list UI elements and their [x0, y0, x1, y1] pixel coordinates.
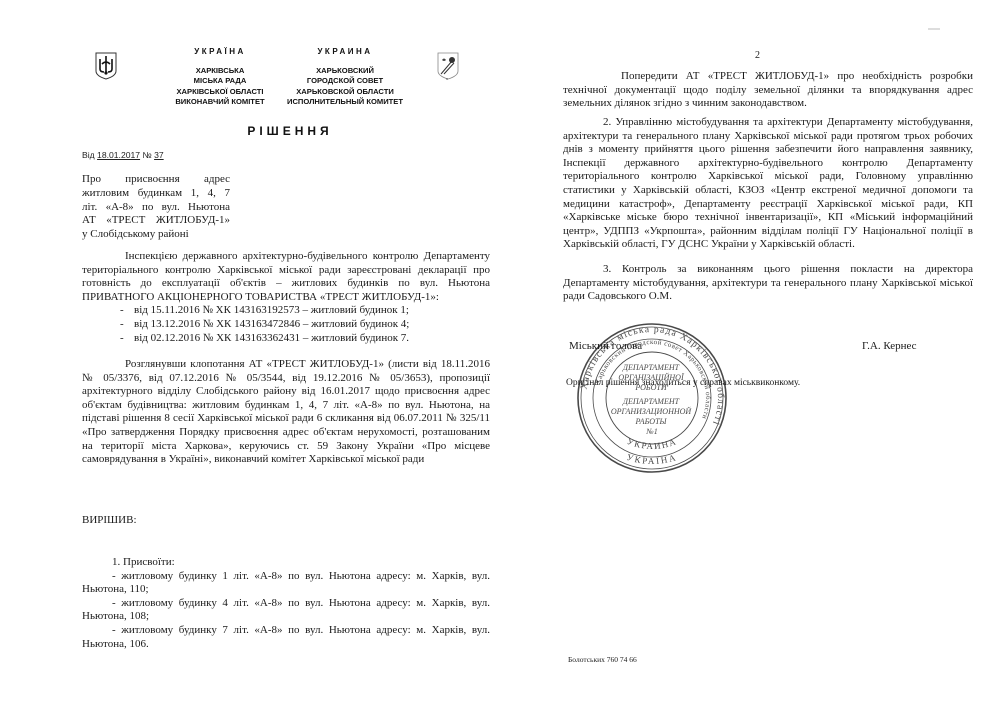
header-russian: УКРАИНА ХАРЬКОВСКИЙ ГОРОДСКОЙ СОВЕТ ХАРЬ…: [280, 47, 410, 107]
declaration-item: -від 15.11.2016 № ХК 143163192573 – житл…: [82, 304, 490, 318]
decision-date-line: Від 18.01.2017 № 37: [82, 150, 164, 160]
subject-line: Про присвоєння адрес: [82, 173, 230, 187]
intro-paragraph: Інспекцією державного архітектурно-будів…: [82, 250, 490, 304]
header-country-ua: УКРАЇНА: [160, 47, 280, 57]
considering-paragraph: Розглянувши клопотання АТ «ТРЕСТ ЖИТЛОБУ…: [82, 358, 490, 467]
header-country-ru: УКРАИНА: [280, 47, 410, 57]
declaration-item: -від 13.12.2016 № ХК 143163472846 – житл…: [82, 318, 490, 332]
assign-heading: 1. Присвоїти:: [82, 556, 490, 570]
decision-number: 37: [154, 150, 164, 160]
scan-artifact: [928, 28, 940, 30]
decided-heading: ВИРІШИВ:: [82, 514, 137, 526]
clause-2: 2. Управлінню містобудування та архітект…: [563, 116, 973, 252]
assign-item: - житловому будинку 1 літ. «А-8» по вул.…: [82, 570, 490, 597]
svg-text:ДЕПАРТАМЕНТ ОРГАНІЗАЦІ: ДЕПАРТАМЕНТ ОРГАНІЗАЦІЙНОЇ РОБОТИ ДЕПАРТ…: [611, 363, 693, 436]
header-line: МІСЬКА РАДА: [160, 76, 280, 86]
decision-date: 18.01.2017: [97, 150, 140, 160]
page-number: 2: [755, 50, 760, 61]
assign-item: - житловому будинку 7 літ. «А-8» по вул.…: [82, 624, 490, 651]
subject-line: літ. «А-8» по вул. Ньютона: [82, 201, 230, 215]
executor-contact: Болотських 760 74 66: [568, 655, 637, 664]
kharkiv-city-emblem-icon: [437, 52, 459, 80]
header-ukrainian: УКРАЇНА ХАРКІВСЬКА МІСЬКА РАДА ХАРКІВСЬК…: [160, 47, 280, 107]
header-line: ХАРКІВСЬКА: [160, 66, 280, 76]
ukraine-trident-emblem-icon: [95, 52, 117, 80]
subject-line: у Слобідському районі: [82, 228, 230, 242]
header-line: ИСПОЛНИТЕЛЬНЫЙ КОМИТЕТ: [280, 97, 410, 107]
header-line: ХАРКІВСЬКОЇ ОБЛАСТІ: [160, 87, 280, 97]
date-prefix: Від: [82, 150, 95, 160]
number-label: №: [142, 150, 151, 160]
header-line: ХАРЬКОВСКИЙ: [280, 66, 410, 76]
assign-item: - житловому будинку 4 літ. «А-8» по вул.…: [82, 597, 490, 624]
signature-name: Г.А. Кернес: [862, 340, 917, 352]
header-line: ХАРЬКОВСКОЙ ОБЛАСТИ: [280, 87, 410, 97]
signature-title: Міський голова: [569, 340, 642, 352]
subject-line: АТ «ТРЕСТ ЖИТЛОБУД-1»: [82, 214, 230, 228]
document-page-1: УКРАЇНА ХАРКІВСЬКА МІСЬКА РАДА ХАРКІВСЬК…: [0, 0, 520, 715]
clause-3: 3. Контроль за виконанням цього рішення …: [563, 263, 973, 304]
header-line: ВИКОНАВЧИЙ КОМІТЕТ: [160, 97, 280, 107]
warning-paragraph: Попередити АТ «ТРЕСТ ЖИТЛОБУД-1» про нео…: [563, 70, 973, 111]
assign-section: 1. Присвоїти: - житловому будинку 1 літ.…: [82, 556, 490, 651]
intro-section: Інспекцією державного архітектурно-будів…: [82, 250, 490, 345]
header-line: ГОРОДСКОЙ СОВЕТ: [280, 76, 410, 86]
original-location-note: Оригінал рішення знаходиться у справах м…: [566, 378, 800, 388]
decision-subject: Про присвоєння адрес житловим будинкам 1…: [82, 173, 230, 242]
declaration-item: -від 02.12.2016 № ХК 143163362431 – житл…: [82, 332, 490, 346]
document-title: РІШЕННЯ: [220, 124, 360, 138]
svg-text:УКРАЇНА: УКРАЇНА: [626, 452, 679, 466]
svg-text:УКРАИНА: УКРАИНА: [626, 436, 679, 451]
subject-line: житловим будинкам 1, 4, 7: [82, 187, 230, 201]
